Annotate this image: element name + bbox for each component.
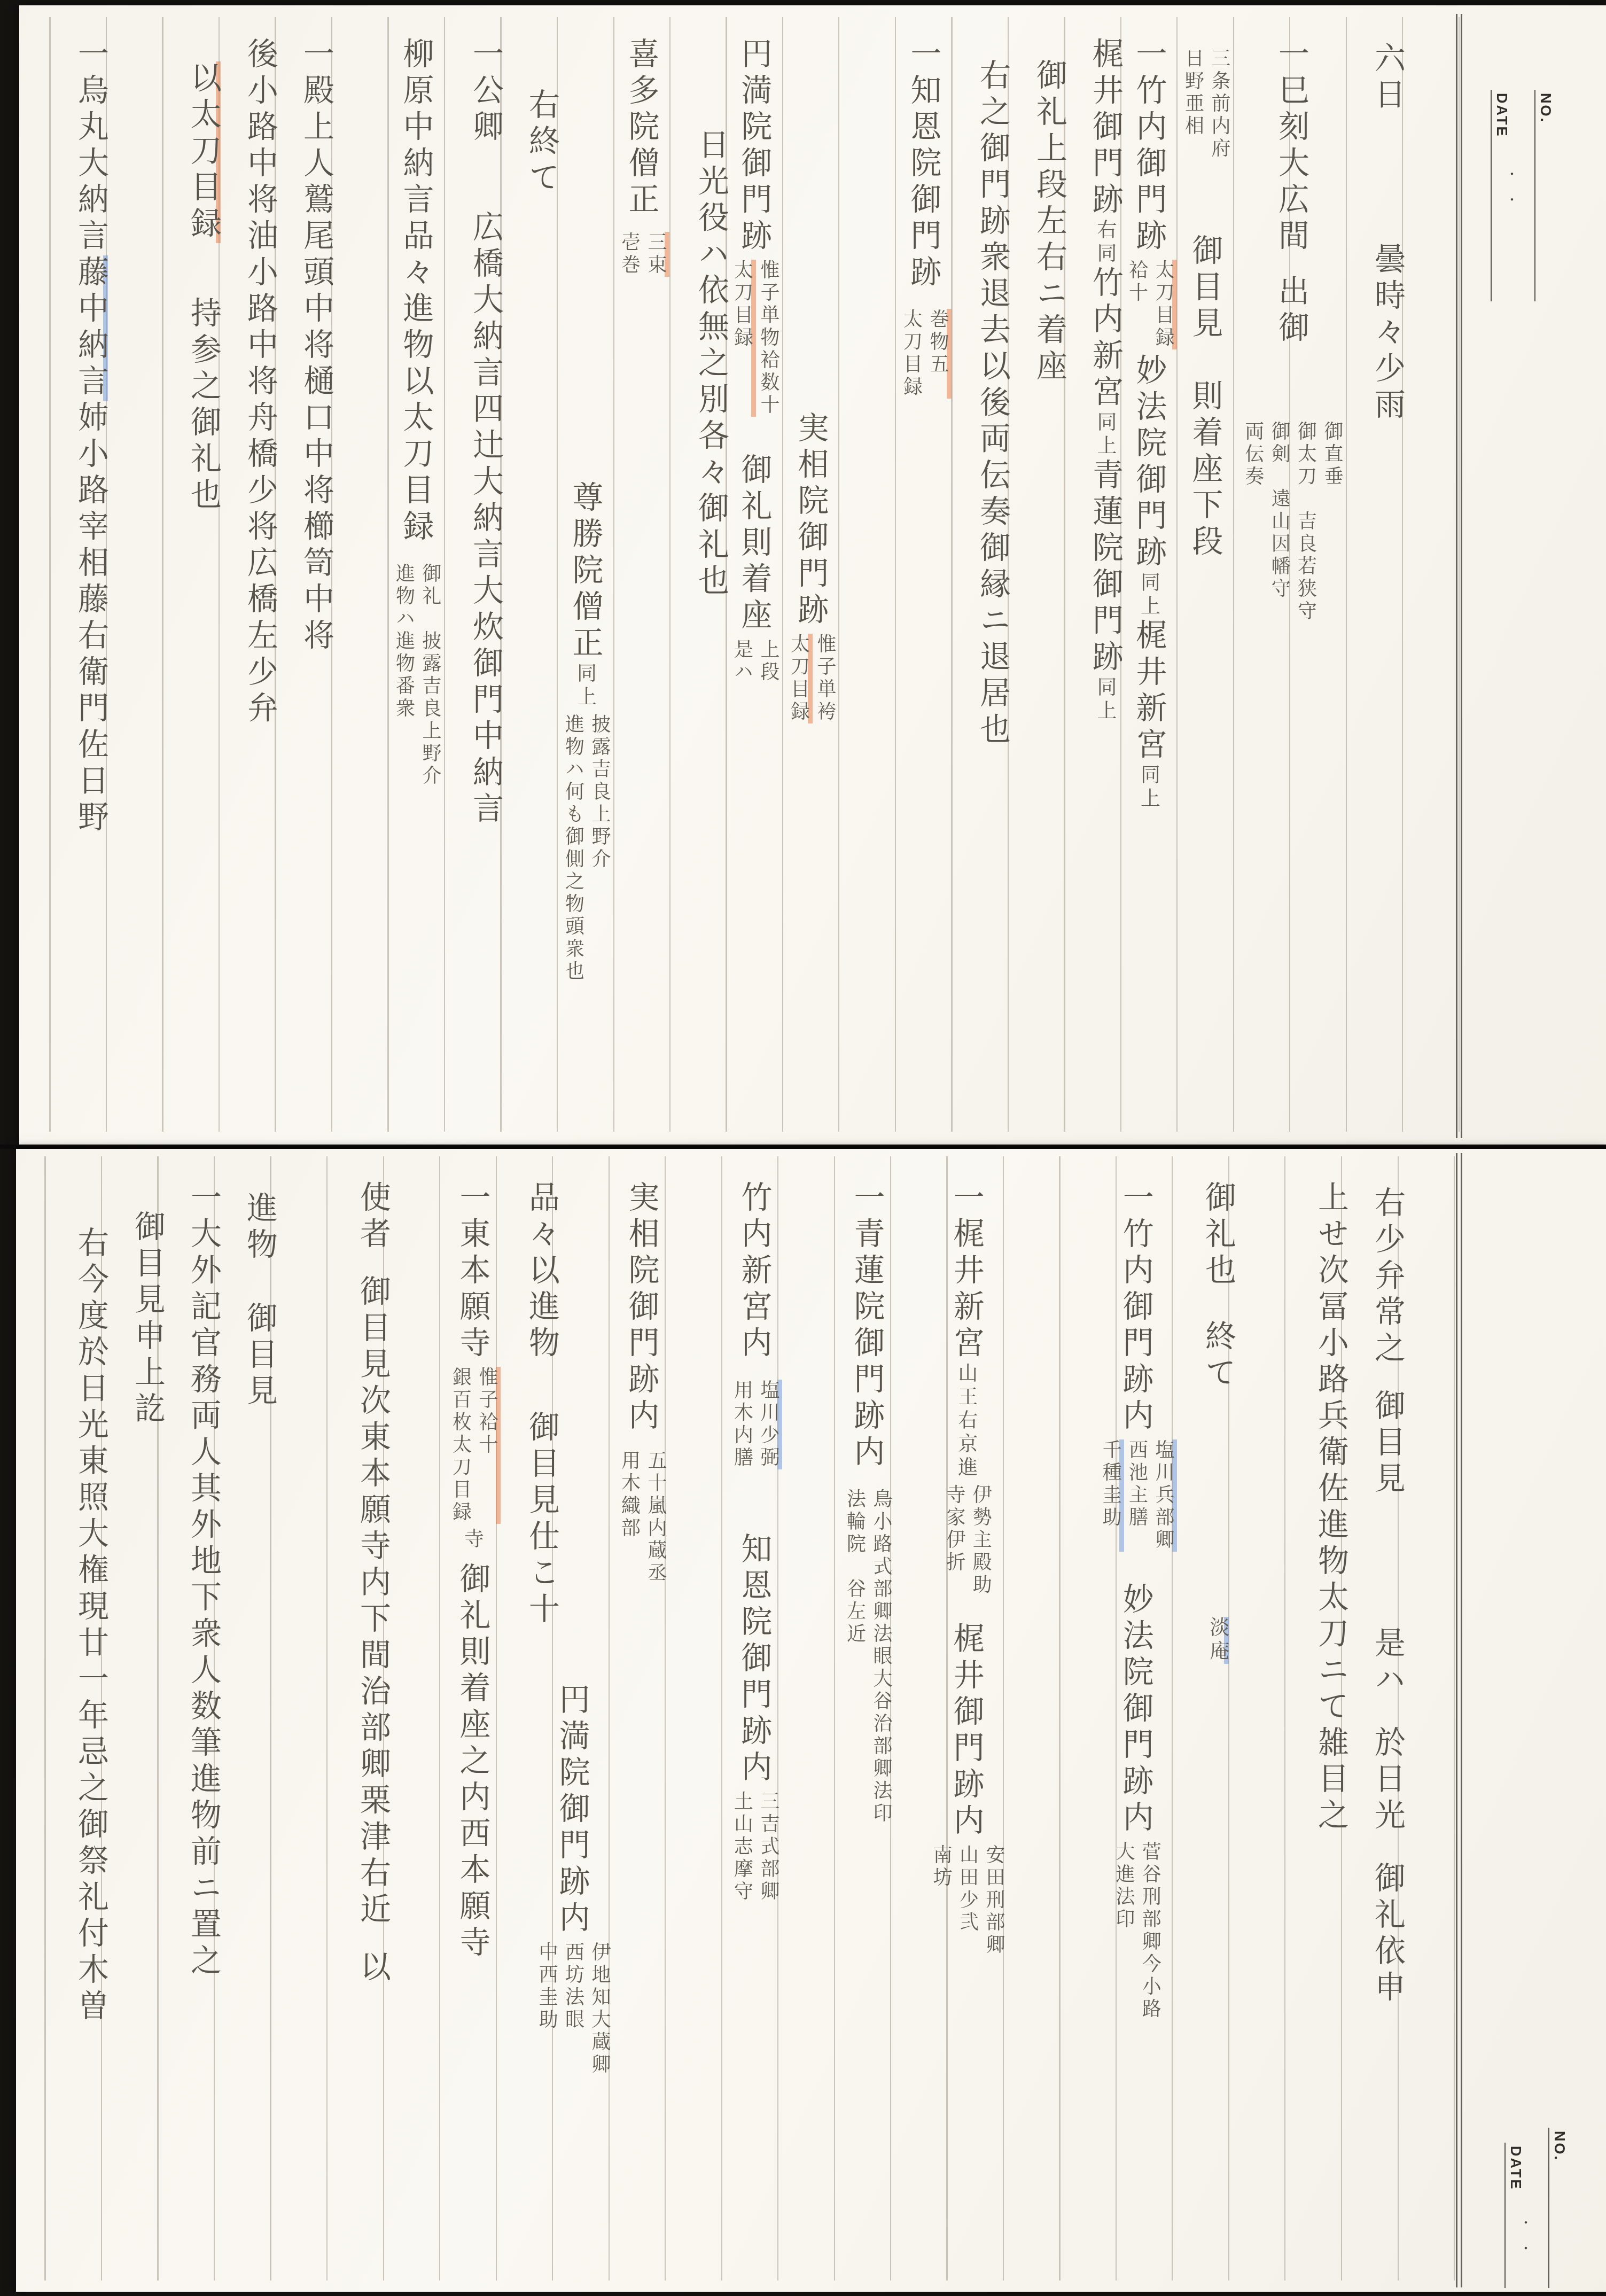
handwritten-text: 以太刀目録 (186, 61, 221, 243)
page-2: NO. DATE ・ ・ 右少弁常之御目見是ハ於日光御礼依申上せ次冨小路兵衛佐進… (16, 1149, 1606, 2292)
handwritten-text: 同上 (1094, 411, 1116, 458)
annotation-subcolumn: 鳥小路式部卿法眼大谷治部卿法印 (869, 1489, 895, 1825)
handwritten-text: 御礼則着座 (736, 453, 771, 635)
annotation-subcolumn: 塩川兵部卿 (1151, 1439, 1177, 1552)
text-column: 一竹内御門跡太刀目録袷十妙法院御門跡同上梶井新宮同上 (1124, 37, 1177, 811)
annotation-subcolumn: 太刀目録 (899, 309, 925, 399)
text-column: 実相院御門跡惟子単袴太刀目録 (786, 411, 839, 728)
annotation-subcolumn: 三吉式部卿 (756, 1791, 782, 1903)
warigaki-annotation: 太刀目録袷十 (1124, 260, 1177, 349)
handwritten-text: 御目見仕こ十 (524, 1411, 559, 1629)
annotation-subcolumn: 披露吉良上野介 (587, 714, 613, 983)
page-1: NO. DATE ・ ・ 六日曇時々少雨一巳刻大広間出御御直垂御太刀 吉良若狭守… (19, 5, 1606, 1145)
warigaki-annotation: 御直垂御太刀 吉良若狭守御剣 遠山因幡守両伝奏 (1240, 421, 1346, 623)
warigaki-annotation: 上段是ハ (729, 639, 782, 684)
handwritten-text: 一大外記官務両人其外地下衆人数筆進物前ニ置之 (186, 1181, 221, 1980)
handwritten-text: 以 (355, 1950, 390, 1987)
page-seam (0, 1145, 1606, 1149)
annotation-subcolumn: 千種圭助 (1098, 1439, 1124, 1552)
text-column: 一公卿広橋大納言四辻大納言大炊御門中納言 (470, 37, 501, 828)
handwritten-text: 実相院御門跡内 (623, 1181, 658, 1435)
annotation-subcolumn: 安田刑部卿 (981, 1844, 1008, 1957)
handwritten-text: 柳原中納言品々進物以太刀目録 (398, 37, 433, 546)
annotation-subcolumn: 三束 (643, 232, 669, 277)
handwritten-text: 進物 (242, 1192, 277, 1264)
handwritten-text: 御礼依申 (1370, 1862, 1405, 2007)
annotation-subcolumn: 用木織部 (617, 1450, 643, 1585)
annotation-subcolumn: 御礼 披露吉良上野介 (418, 563, 444, 788)
handwritten-text: 円満院御門跡内 (555, 1683, 589, 1937)
annotation-subcolumn: 塩川少弼 (756, 1380, 782, 1469)
warigaki-annotation: 安田刑部卿山田少弐南坊 (929, 1844, 1008, 1957)
handwritten-text: 右少弁常之 (1370, 1186, 1405, 1368)
handwritten-text: 知恩院御門跡内 (736, 1532, 771, 1787)
annotation-subcolumn: 土山志摩守 (729, 1791, 755, 1903)
handwritten-text: 一竹内御門跡内 (1118, 1181, 1153, 1435)
handwritten-text: 藤中納言 (73, 255, 108, 401)
text-column: 右終て (526, 88, 557, 197)
handwritten-text: 同上 (1137, 572, 1159, 619)
handwritten-text: 御目見 (242, 1302, 277, 1411)
annotation-subcolumn: 壱巻 (617, 232, 643, 277)
handwritten-text: 御礼也 (1200, 1181, 1235, 1290)
handwritten-text: 御目見 (1370, 1389, 1405, 1498)
annotation-subcolumn: 大進法印 (1111, 1841, 1137, 2021)
annotation-subcolumn: 惟子単物袷数十 (756, 260, 782, 417)
annotation-subcolumn: 是ハ (729, 639, 755, 684)
handwritten-text: 品々以進物 (524, 1181, 559, 1363)
annotation-subcolumn: 日野亜相 (1180, 48, 1206, 160)
handwritten-text: 尊勝院僧正 (567, 481, 602, 663)
handwritten-text: 日光役ハ依無之別各々御礼也 (693, 128, 728, 601)
text-column: 使者御目見次東本願寺内下間治部卿栗津右近以 (357, 1181, 388, 1987)
text-column: 一烏丸大納言藤中納言姉小路宰相藤右衛門佐日野 (75, 37, 106, 837)
text-column: 右之御門跡衆退去以後両伝奏御縁ニ退居也 (977, 59, 1008, 749)
warigaki-annotation: 三束壱巻 (617, 232, 669, 277)
warigaki-annotation: 五十嵐内蔵丞用木織部 (617, 1450, 669, 1585)
warigaki-annotation: 伊地知大蔵卿西坊法眼中西圭助 (534, 1942, 613, 2076)
text-column: 実相院御門跡内五十嵐内蔵丞用木織部 (617, 1181, 669, 1589)
handwritten-text: 同上 (1094, 676, 1116, 723)
handwritten-text: 梶井御門跡 (1088, 37, 1122, 219)
annotation-subcolumn: 御太刀 吉良若狭守 (1293, 421, 1319, 623)
handwritten-text: 一殿上人鷲尾頭中将樋口中将櫛笥中将 (299, 37, 333, 655)
text-column: 喜多院僧正三束壱巻 (617, 37, 669, 281)
annotation-subcolumn: 南坊 (929, 1844, 955, 1957)
annotation-subcolumn: 惟子袷十 (474, 1367, 501, 1524)
annotation-subcolumn: 五十嵐内蔵丞 (643, 1450, 669, 1585)
warigaki-annotation: 惟子袷十銀百枚太刀目録 (448, 1367, 501, 1524)
handwritten-text: 後小路中将油小路中将舟橋少将広橋左少弁 (243, 37, 277, 728)
annotation-subcolumn: 太刀目録 (786, 634, 812, 723)
warigaki-annotation: 伊勢主殿助寺家伊折 (942, 1484, 995, 1597)
annotation-subcolumn: 進物ハ何も御側之物頭衆也 (560, 714, 587, 983)
handwritten-text: 竹内新宮 (1088, 266, 1122, 411)
warigaki-annotation: 鳥小路式部卿法眼大谷治部卿法印法輪院 谷左近 (842, 1489, 895, 1825)
text-column: 円満院御門跡惟子単物袷数十太刀目録御礼則着座上段是ハ (729, 37, 782, 688)
handwritten-text: 御礼則着座之内西本願寺 (455, 1562, 489, 1962)
handwritten-text: 姉小路宰相藤右衛門佐日野 (73, 401, 108, 837)
handwritten-text: 一東本願寺 (455, 1181, 489, 1363)
annotation-subcolumn: 御剣 遠山因幡守 (1267, 421, 1293, 623)
warigaki-annotation: 披露吉良上野介進物ハ何も御側之物頭衆也 (560, 714, 613, 983)
annotation-subcolumn: 三条前内府 (1207, 48, 1233, 160)
handwritten-text: 妙法院御門跡内 (1118, 1583, 1153, 1837)
annotation-subcolumn: 巻物五 (925, 309, 952, 399)
annotation-subcolumn: 山田少弐 (955, 1844, 981, 1957)
handwritten-text: 山王右京進 (955, 1363, 977, 1480)
text-column: 品々以進物御目見仕こ十 (526, 1181, 557, 1629)
handwritten-text: 六日 (1370, 42, 1405, 114)
handwritten-text: 実相院御門跡 (793, 411, 828, 629)
handwritten-text: 是ハ (1370, 1626, 1405, 1699)
handwritten-text: 一烏丸大納言 (73, 37, 108, 255)
text-column: 柳原中納言品々進物以太刀目録御礼 披露吉良上野介進物ハ進物番衆 (391, 37, 444, 792)
text-column: 三条前内府日野亜相御目見 則着座下段 (1180, 44, 1233, 561)
annotation-subcolumn: 惟子単袴 (813, 634, 839, 723)
annotation-subcolumn: 西坊法眼 (560, 1942, 587, 2076)
text-column: 御礼也終て淡庵 (1202, 1181, 1233, 1664)
text-column: 右今度於日光東照大権現廿一年忌之御祭礼付木曽 (75, 1226, 106, 2026)
handwritten-text: 広橋大納言四辻大納言大炊御門中納言 (468, 211, 503, 828)
handwritten-text: 終て (1200, 1320, 1235, 1392)
text-column: 以太刀目録持参之御礼也 (188, 61, 219, 515)
text-column: 一青蓮院御門跡内鳥小路式部卿法眼大谷治部卿法印法輪院 谷左近 (842, 1181, 895, 1830)
warigaki-annotation: 塩川兵部卿西池主膳千種圭助 (1098, 1439, 1177, 1552)
annotation-subcolumn: 西池主膳 (1124, 1439, 1150, 1552)
annotation-subcolumn: 中西圭助 (534, 1942, 560, 2076)
text-column: 後小路中将油小路中将舟橋少将広橋左少弁 (244, 37, 275, 728)
annotation-subcolumn: 銀百枚太刀目録 (448, 1367, 474, 1524)
annotation-subcolumn: 袷十 (1124, 260, 1150, 349)
warigaki-annotation: 御礼 披露吉良上野介進物ハ進物番衆 (391, 563, 444, 788)
handwritten-text: 曇時々少雨 (1370, 243, 1405, 424)
text-column: 梶井御門跡右同竹内新宮同上青蓮院御門跡同上 (1089, 37, 1120, 723)
handwritten-text: 竹内新宮内 (736, 1181, 771, 1363)
warigaki-annotation: 塩川少弼用木内膳 (729, 1380, 782, 1469)
handwritten-text: 御目見 則着座下段 (1187, 234, 1222, 561)
handwritten-text: 上せ次冨小路兵衛佐進物太刀ニて雑目之 (1313, 1181, 1348, 1835)
text-column: 上せ次冨小路兵衛佐進物太刀ニて雑目之 (1315, 1181, 1346, 1835)
annotation-subcolumn: 寺家伊折 (942, 1484, 968, 1597)
handwritten-text: 梶井御門跡内 (949, 1622, 984, 1840)
handwritten-text: 寺 (461, 1528, 483, 1552)
handwritten-text: 右今度於日光東照大権現廿一年忌之御祭礼付木曽 (73, 1226, 108, 2026)
text-column: 日光役ハ依無之別各々御礼也 (695, 128, 726, 601)
annotation-subcolumn: 上段 (756, 639, 782, 684)
text-column: 一巳刻大広間出御御直垂御太刀 吉良若狭守御剣 遠山因幡守両伝奏 (1240, 37, 1346, 627)
handwritten-text: 梶井新宮 (1131, 619, 1166, 764)
handwritten-text: 一竹内御門跡 (1131, 37, 1166, 255)
text-column: 六日曇時々少雨 (1371, 42, 1402, 424)
warigaki-annotation: 三吉式部卿土山志摩守 (729, 1791, 782, 1903)
handwritten-text: 喜多院僧正 (623, 37, 658, 219)
annotation-subcolumn: 太刀目録 (1151, 260, 1177, 349)
handwritten-text: 同上 (1137, 764, 1159, 811)
annotation-subcolumn: 伊地知大蔵卿 (587, 1942, 613, 2076)
handwritten-text: 持参之御礼也 (186, 297, 221, 515)
handwritten-text: 御礼上段左右ニ着座 (1032, 59, 1066, 386)
text-column: 御目見申上訖 (131, 1210, 162, 1428)
warigaki-annotation: 巻物五太刀目録 (899, 309, 952, 399)
handwritten-text: 右終て (524, 88, 559, 197)
handwriting-layer: 六日曇時々少雨一巳刻大広間出御御直垂御太刀 吉良若狭守御剣 遠山因幡守両伝奏三条… (19, 37, 1606, 1145)
handwritten-text: 淡庵 (1207, 1617, 1229, 1664)
annotation-subcolumn: 太刀目録 (729, 260, 755, 417)
warigaki-annotation: 菅谷刑部卿今小路大進法印 (1111, 1841, 1164, 2021)
text-column: 尊勝院僧正同上披露吉良上野介進物ハ何も御側之物頭衆也 (560, 481, 613, 987)
handwritten-text: 一巳刻大広間 (1274, 37, 1308, 255)
text-column: 一竹内御門跡内塩川兵部卿西池主膳千種圭助妙法院御門跡内菅谷刑部卿今小路大進法印 (1098, 1181, 1177, 2025)
handwritten-text: 妙法院御門跡 (1131, 354, 1166, 572)
annotation-subcolumn: 御直垂 (1320, 421, 1346, 623)
text-column: 円満院御門跡内伊地知大蔵卿西坊法眼中西圭助 (534, 1683, 613, 2081)
warigaki-annotation: 三条前内府日野亜相 (1180, 48, 1233, 160)
handwritten-text: 出御 (1274, 275, 1308, 347)
text-column: 一大外記官務両人其外地下衆人数筆進物前ニ置之 (188, 1181, 219, 1980)
handwriting-layer: 右少弁常之御目見是ハ於日光御礼依申上せ次冨小路兵衛佐進物太刀ニて雑目之御礼也終て… (16, 1181, 1606, 2292)
text-column: 御礼上段左右ニ着座 (1033, 59, 1064, 386)
text-column: 一知恩院御門跡巻物五太刀目録 (899, 37, 952, 403)
annotation-subcolumn: 両伝奏 (1240, 421, 1266, 623)
handwritten-text: 一梶井新宮 (949, 1181, 984, 1363)
text-column: 進物御目見 (244, 1192, 275, 1411)
handwritten-text: 同上 (574, 663, 596, 710)
warigaki-annotation: 惟子単袴太刀目録 (786, 634, 839, 723)
annotation-subcolumn: 菅谷刑部卿今小路 (1137, 1841, 1164, 2021)
handwritten-text: 一公卿 (468, 37, 503, 146)
handwritten-text: 御目見申上訖 (130, 1210, 165, 1428)
handwritten-text: 一青蓮院御門跡内 (849, 1181, 884, 1472)
handwritten-text: 御目見次東本願寺内下間治部卿栗津右近 (355, 1275, 390, 1929)
handwritten-text: 円満院御門跡 (736, 37, 771, 255)
text-column: 一殿上人鷲尾頭中将樋口中将櫛笥中将 (300, 37, 331, 655)
handwritten-text: 使者 (355, 1181, 390, 1254)
annotation-subcolumn: 進物ハ進物番衆 (391, 563, 417, 788)
annotation-subcolumn: 用木内膳 (729, 1380, 755, 1469)
text-column: 一梶井新宮山王右京進伊勢主殿助寺家伊折梶井御門跡内安田刑部卿山田少弐南坊 (929, 1181, 1008, 1961)
handwritten-text: 於日光 (1370, 1726, 1405, 1835)
text-column: 一東本願寺惟子袷十銀百枚太刀目録寺御礼則着座之内西本願寺 (448, 1181, 501, 1962)
handwritten-text: 一知恩院御門跡 (906, 37, 940, 292)
text-column: 右少弁常之御目見是ハ於日光御礼依申 (1371, 1186, 1402, 2007)
handwritten-text: 右之御門跡衆退去以後両伝奏御縁ニ退居也 (975, 59, 1010, 749)
annotation-subcolumn: 伊勢主殿助 (968, 1484, 994, 1597)
annotation-subcolumn: 法輪院 谷左近 (842, 1489, 868, 1825)
handwritten-text: 青蓮院御門跡 (1088, 458, 1122, 676)
text-column: 竹内新宮内塩川少弼用木内膳知恩院御門跡内三吉式部卿土山志摩守 (729, 1181, 782, 1908)
warigaki-annotation: 惟子単物袷数十太刀目録 (729, 260, 782, 417)
handwritten-text: 右同 (1094, 219, 1116, 266)
